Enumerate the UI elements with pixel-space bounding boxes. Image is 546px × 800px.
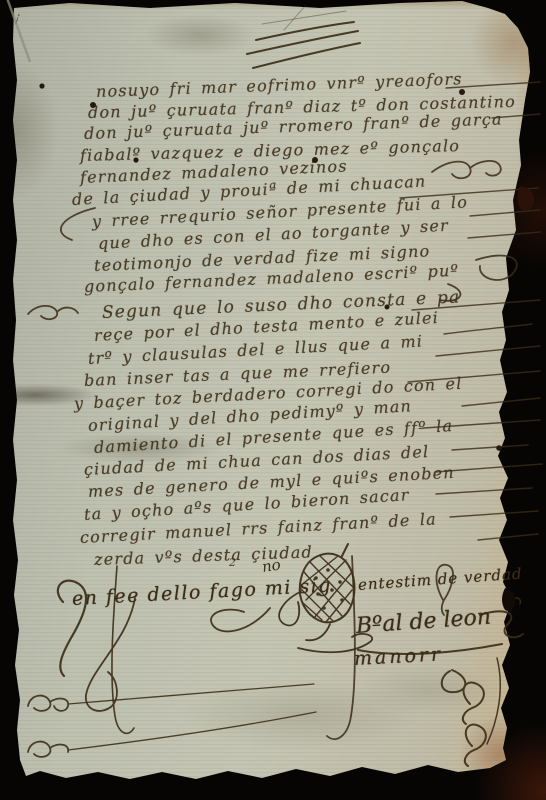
manuscript-text-layer: ¡ 2 en fee dello fago mi sig no entestim… xyxy=(0,0,546,800)
signature-second-line: manorr xyxy=(353,643,443,670)
closing-attestation-left: en fee dello fago mi sig xyxy=(71,574,332,610)
closing-attestation-right: entestim de verdad xyxy=(357,565,523,594)
signature-name: Bºal de leon xyxy=(355,605,492,639)
margin-mark: ¡ xyxy=(14,10,21,26)
photographed-manuscript: ¡ 2 en fee dello fago mi sig no entestim… xyxy=(0,0,546,800)
